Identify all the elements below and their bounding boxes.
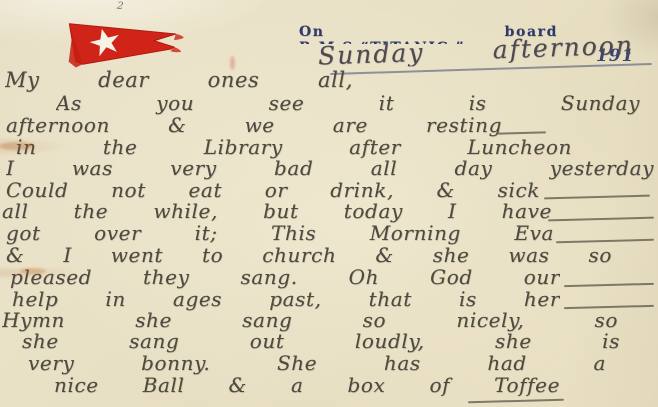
letter-line: very bonny. She has had a [28, 352, 606, 376]
letter-line: pleased they sang. Oh God our [10, 266, 560, 290]
letter-line: she sang out loudly, she is [22, 330, 620, 354]
rust-stain [20, 268, 46, 274]
page-number-mark: 2 [116, 1, 124, 13]
letter-line: got over it; This Morning Eva [6, 222, 554, 246]
pen-stroke [548, 217, 654, 222]
pen-stroke [564, 283, 654, 287]
white-star-line-flag-icon [47, 14, 189, 71]
letter-line: afternoon & we are resting [6, 114, 502, 138]
rust-stain [0, 142, 34, 150]
pen-stroke [468, 399, 564, 404]
pen-stroke [544, 195, 650, 200]
letter-line: & I went to church & she was so [6, 244, 612, 268]
letter-line: I was very bad all day yesterday [6, 157, 654, 181]
letter-line: As you see it is Sunday [56, 92, 640, 116]
pen-stroke [498, 131, 546, 134]
letter-salutation: My dear ones all, [5, 69, 353, 93]
letter-line: all the while, but today I have [2, 200, 552, 224]
pen-stroke [556, 239, 654, 244]
titanic-letter-scan: 2 On board R·M·S·“TITANIC.” 191 Sunday a… [0, 0, 658, 407]
red-smudge [230, 56, 235, 70]
letter-line: nice Ball & a box of Toffee [54, 374, 560, 398]
